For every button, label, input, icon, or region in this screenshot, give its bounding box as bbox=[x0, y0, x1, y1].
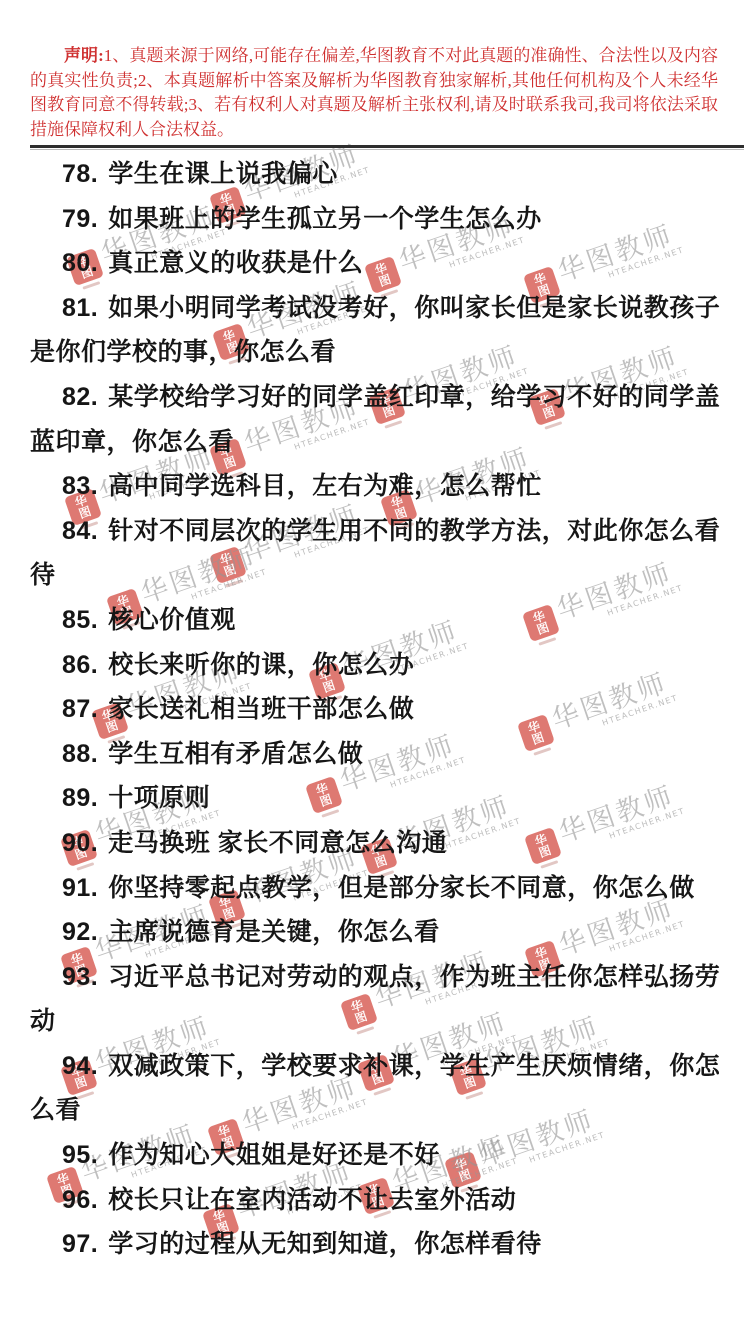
question-item: 85.核心价值观 bbox=[30, 598, 724, 643]
question-item: 97.学习的过程从无知到知道，你怎样看待 bbox=[30, 1222, 724, 1267]
question-number: 89. bbox=[62, 784, 98, 812]
disclaimer-label: 声明: bbox=[64, 46, 104, 65]
question-item: 84.针对不同层次的学生用不同的教学方法，对此你怎么看待 bbox=[30, 509, 724, 598]
question-number: 91. bbox=[62, 874, 98, 902]
question-text: 十项原则 bbox=[108, 784, 210, 812]
question-text: 走马换班 家长不同意怎么沟通 bbox=[108, 829, 447, 857]
question-item: 90.走马换班 家长不同意怎么沟通 bbox=[30, 821, 724, 866]
question-number: 92. bbox=[62, 918, 98, 946]
question-item: 96.校长只让在室内活动不让去室外活动 bbox=[30, 1178, 724, 1223]
question-text: 学生在课上说我偏心 bbox=[108, 160, 338, 188]
question-number: 84. bbox=[62, 517, 98, 545]
question-item: 88.学生互相有矛盾怎么做 bbox=[30, 732, 724, 777]
question-text: 核心价值观 bbox=[108, 606, 236, 634]
question-text: 家长送礼相当班干部怎么做 bbox=[108, 695, 414, 723]
question-text: 主席说德育是关键，你怎么看 bbox=[108, 918, 440, 946]
question-item: 78.学生在课上说我偏心 bbox=[30, 152, 724, 197]
question-text: 双减政策下，学校要求补课，学生产生厌烦情绪，你怎么看 bbox=[30, 1052, 720, 1125]
question-number: 87. bbox=[62, 695, 98, 723]
question-text: 针对不同层次的学生用不同的教学方法，对此你怎么看待 bbox=[30, 517, 720, 590]
question-text: 真正意义的收获是什么 bbox=[108, 249, 363, 277]
question-item: 94.双减政策下，学校要求补课，学生产生厌烦情绪，你怎么看 bbox=[30, 1044, 724, 1133]
question-item: 81.如果小明同学考试没考好，你叫家长但是家长说教孩子是你们学校的事，你怎么看 bbox=[30, 286, 724, 375]
question-number: 86. bbox=[62, 651, 98, 679]
question-number: 79. bbox=[62, 205, 98, 233]
question-number: 82. bbox=[62, 383, 98, 411]
question-item: 91.你坚持零起点教学，但是部分家长不同意，你怎么做 bbox=[30, 866, 724, 911]
question-text: 你坚持零起点教学，但是部分家长不同意，你怎么做 bbox=[108, 874, 695, 902]
question-number: 94. bbox=[62, 1052, 98, 1080]
question-text: 作为知心大姐姐是好还是不好 bbox=[108, 1141, 440, 1169]
question-item: 86.校长来听你的课，你怎么办 bbox=[30, 643, 724, 688]
question-item: 95.作为知心大姐姐是好还是不好 bbox=[30, 1133, 724, 1178]
question-number: 78. bbox=[62, 160, 98, 188]
question-item: 82.某学校给学习好的同学盖红印章，给学习不好的同学盖蓝印章，你怎么看 bbox=[30, 375, 724, 464]
question-item: 87.家长送礼相当班干部怎么做 bbox=[30, 687, 724, 732]
disclaimer-text: 1、真题来源于网络,可能存在偏差,华图教育不对此真题的准确性、合法性以及内容的真… bbox=[30, 46, 718, 139]
question-number: 97. bbox=[62, 1230, 98, 1258]
question-number: 93. bbox=[62, 963, 98, 991]
question-number: 80. bbox=[62, 249, 98, 277]
disclaimer: 声明:1、真题来源于网络,可能存在偏差,华图教育不对此真题的准确性、合法性以及内… bbox=[30, 0, 718, 142]
question-text: 某学校给学习好的同学盖红印章，给学习不好的同学盖蓝印章，你怎么看 bbox=[30, 383, 720, 456]
question-text: 高中同学选科目，左右为难，怎么帮忙 bbox=[108, 472, 542, 500]
question-item: 83.高中同学选科目，左右为难，怎么帮忙 bbox=[30, 464, 724, 509]
question-text: 学习的过程从无知到知道，你怎样看待 bbox=[108, 1230, 542, 1258]
question-text: 校长来听你的课，你怎么办 bbox=[108, 651, 414, 679]
question-number: 96. bbox=[62, 1186, 98, 1214]
question-text: 习近平总书记对劳动的观点，作为班主任你怎样弘扬劳动 bbox=[30, 963, 720, 1036]
question-number: 90. bbox=[62, 829, 98, 857]
question-text: 如果小明同学考试没考好，你叫家长但是家长说教孩子是你们学校的事，你怎么看 bbox=[30, 294, 720, 367]
question-number: 88. bbox=[62, 740, 98, 768]
question-number: 81. bbox=[62, 294, 98, 322]
question-number: 85. bbox=[62, 606, 98, 634]
question-item: 89.十项原则 bbox=[30, 776, 724, 821]
question-text: 学生互相有矛盾怎么做 bbox=[108, 740, 363, 768]
question-item: 79.如果班上的学生孤立另一个学生怎么办 bbox=[30, 197, 724, 242]
section-divider bbox=[30, 145, 744, 150]
question-item: 92.主席说德育是关键，你怎么看 bbox=[30, 910, 724, 955]
question-number: 95. bbox=[62, 1141, 98, 1169]
question-item: 80.真正意义的收获是什么 bbox=[30, 241, 724, 286]
question-text: 如果班上的学生孤立另一个学生怎么办 bbox=[108, 205, 542, 233]
page-content: 声明:1、真题来源于网络,可能存在偏差,华图教育不对此真题的准确性、合法性以及内… bbox=[0, 0, 748, 1267]
question-number: 83. bbox=[62, 472, 98, 500]
question-list: 78.学生在课上说我偏心79.如果班上的学生孤立另一个学生怎么办80.真正意义的… bbox=[0, 152, 748, 1267]
document-page: 华图华图教师HTEACHER.NET华图华图教师HTEACHER.NET华图华图… bbox=[0, 0, 748, 1335]
question-item: 93.习近平总书记对劳动的观点，作为班主任你怎样弘扬劳动 bbox=[30, 955, 724, 1044]
question-text: 校长只让在室内活动不让去室外活动 bbox=[108, 1186, 516, 1214]
